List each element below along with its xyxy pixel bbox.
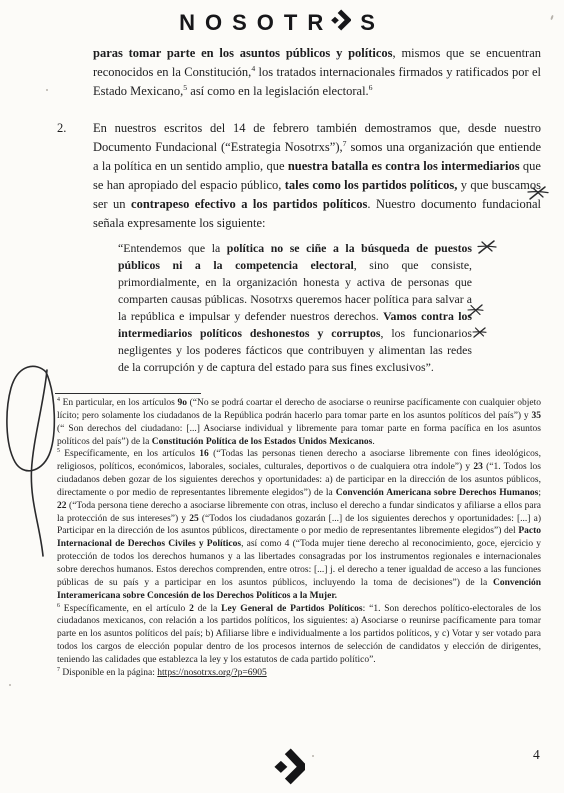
footnote-6: 6 Específicamente, en el artículo 2 de l… (57, 603, 541, 667)
text-segment: Específicamente, en el artículo (60, 604, 189, 614)
text-segment: 25 (189, 514, 199, 524)
footnote-ref: 6 (369, 83, 373, 92)
item-text: En nuestros escritos del 14 de febrero t… (93, 119, 541, 233)
footnote-7: 7 Disponible en la página: https://nosot… (57, 667, 541, 680)
scan-speck (312, 755, 314, 757)
handwritten-asterisk-mark-2 (477, 239, 497, 255)
item-number: 2. (57, 119, 66, 138)
document-page: NOSOTR S paras tomar parte en los asunto… (0, 0, 564, 793)
text-segment: ; (538, 488, 541, 498)
diamond-chevron-icon (330, 9, 351, 37)
text-segment: tales como los partidos políticos, (285, 178, 458, 192)
text-segment: 22 (57, 501, 67, 511)
text-segment: 23 (473, 462, 483, 472)
text-segment: Disponible en la página: (60, 668, 157, 678)
text-segment: 35 (532, 411, 542, 421)
text-segment: paras tomar parte en los asuntos público… (93, 46, 393, 60)
footnote-5: 5 Específicamente, en los artículos 16 (… (57, 448, 541, 602)
quote-block: “Entendemos que la política no se ciñe a… (118, 240, 472, 376)
text-segment: “Entendemos que la (118, 241, 227, 255)
footnotes-section: 4 En particular, en los artículos 9o (“N… (57, 397, 541, 680)
text-segment: Ley General de Partidos Políticos (221, 604, 362, 614)
text-segment: nuestra batalla es contra los intermedia… (288, 159, 520, 173)
text-segment: . (372, 437, 374, 447)
text-segment: En particular, en los artículos (60, 398, 178, 408)
text-segment: Constitución Política de los Estados Uni… (152, 437, 373, 447)
footnote-url-link[interactable]: https://nosotrxs.org/?p=6905 (157, 668, 266, 678)
scan-speck (9, 684, 11, 686)
text-segment: de la (194, 604, 221, 614)
list-item-2: 2. En nuestros escritos del 14 de febrer… (57, 119, 541, 233)
footnote-4: 4 En particular, en los artículos 9o (“N… (57, 397, 541, 448)
handwritten-asterisk-mark-4 (472, 326, 487, 339)
paragraph-intro: paras tomar parte en los asuntos público… (93, 44, 541, 101)
logo-text-left: NOSOTR (179, 10, 333, 36)
text-segment: 9o (178, 398, 188, 408)
page-number: 4 (533, 747, 540, 763)
text-segment: 16 (199, 449, 209, 459)
text-segment: contrapeso efectivo a los partidos polít… (131, 197, 367, 211)
text-segment: así como en la legislación electoral. (187, 84, 369, 98)
footer-diamond-chevron-icon (274, 747, 305, 790)
scan-speck (46, 89, 48, 91)
text-segment: Convención Americana sobre Derechos Huma… (336, 488, 539, 498)
logo-text-right: S (360, 10, 385, 36)
text-segment: Específicamente, en los artículos (60, 449, 199, 459)
footnote-separator (55, 393, 201, 394)
nosotrxs-logo: NOSOTR S (0, 9, 564, 37)
